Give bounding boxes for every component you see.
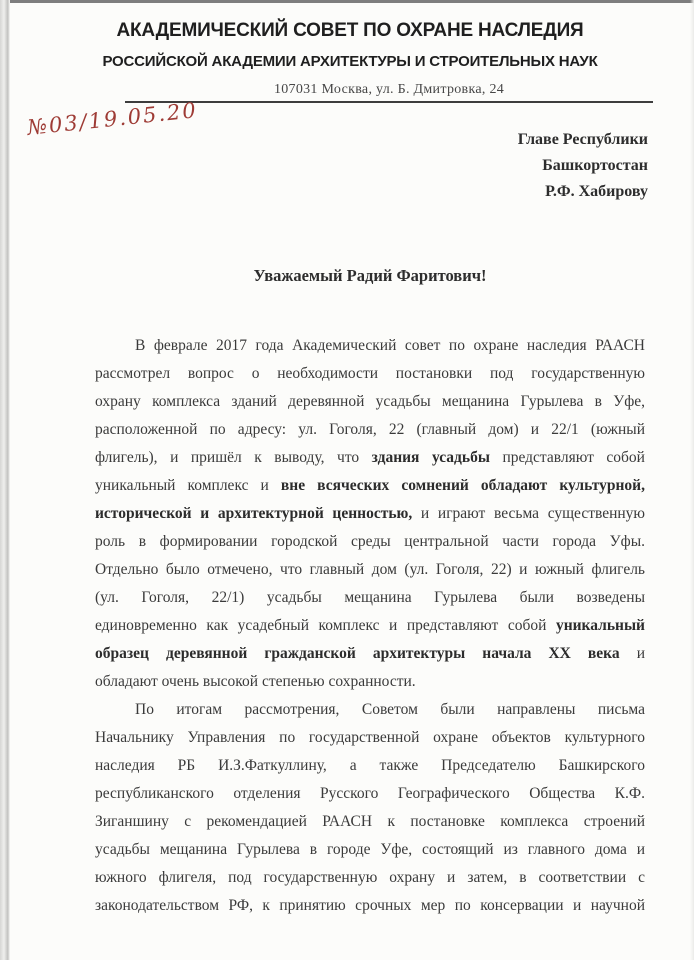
body-line: (ул. Гоголя, 22/1) усадьбы мещанина Гуры… — [95, 584, 645, 612]
addressee-line: Башкортостан — [518, 153, 648, 179]
body-line: роль в формировании городской среды цент… — [95, 528, 645, 556]
paragraph: По итогам рассмотрения, Советом были нап… — [95, 696, 645, 920]
scan-edge-left — [0, 0, 10, 960]
body-line: В феврале 2017 года Академический совет … — [95, 332, 645, 360]
body-line: расположенной по адресу: ул. Гоголя, 22 … — [95, 416, 645, 444]
body-line: южного флигеля, под государственную охра… — [95, 864, 645, 892]
body-line: По итогам рассмотрения, Советом были нап… — [95, 696, 645, 724]
body-line: флигель), и пришёл к выводу, что здания … — [95, 444, 645, 472]
body-line: законодательством РФ, к принятию срочных… — [95, 892, 645, 920]
body-line: единовременно как усадебный комплекс и п… — [95, 612, 645, 640]
letterhead: АКАДЕМИЧЕСКИЙ СОВЕТ ПО ОХРАНЕ НАСЛЕДИЯ Р… — [60, 20, 640, 70]
scanned-letter-page: АКАДЕМИЧЕСКИЙ СОВЕТ ПО ОХРАНЕ НАСЛЕДИЯ Р… — [0, 0, 694, 960]
body-line: образец деревянной гражданской архитекту… — [95, 640, 645, 668]
body-line: уникальный комплекс и вне всяческих сомн… — [95, 472, 645, 500]
body-line: охрану комплекса зданий деревянной усадь… — [95, 388, 645, 416]
body-line: усадьбы мещанина Гурылева в городе Уфе, … — [95, 836, 645, 864]
addressee-line: Главе Республики — [518, 127, 648, 153]
letter-body: В феврале 2017 года Академический совет … — [95, 332, 645, 920]
body-line: обладают очень высокой степенью сохранно… — [95, 668, 645, 696]
ref-number-handwritten: №03/19.05.20 — [26, 96, 217, 140]
body-line: республиканского отделения Русского Геог… — [95, 780, 645, 808]
body-line: Отдельно было отмечено, что главный дом … — [95, 556, 645, 584]
addressee-block: Главе Республики Башкортостан Р.Ф. Хабир… — [518, 127, 648, 205]
body-line: наследия РБ И.З.Фаткуллину, а также Пред… — [95, 752, 645, 780]
letterhead-title-line1: АКАДЕМИЧЕСКИЙ СОВЕТ ПО ОХРАНЕ НАСЛЕДИЯ — [60, 20, 640, 42]
letterhead-title-line2: РОССИЙСКОЙ АКАДЕМИИ АРХИТЕКТУРЫ И СТРОИТ… — [60, 53, 640, 70]
body-line: рассмотрел вопрос о необходимости постан… — [95, 360, 645, 388]
scan-edge-top — [6, 0, 694, 3]
addressee-line: Р.Ф. Хабирову — [518, 179, 648, 205]
body-line: исторической и архитектурной ценностью, … — [95, 500, 645, 528]
scan-edge-right — [690, 0, 694, 960]
paragraph: В феврале 2017 года Академический совет … — [95, 332, 645, 696]
body-line: Начальнику Управления по государственной… — [95, 724, 645, 752]
salutation: Уважаемый Радий Фаритович! — [95, 266, 645, 286]
body-line: Зиганшину с рекомендацией РААСН к постан… — [95, 808, 645, 836]
